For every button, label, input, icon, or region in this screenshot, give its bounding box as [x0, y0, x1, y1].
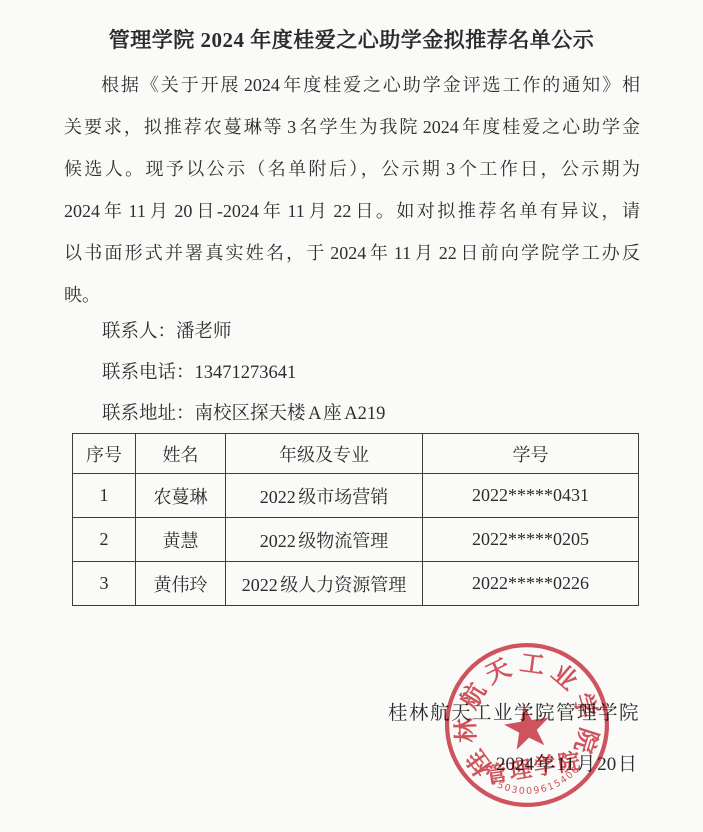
- body-line: 候选人。现予以公示（名单附后），公示期 3 个工作日，公示期为: [64, 148, 640, 190]
- table-row: 3 黄伟玲 2022 级人力资源管理 2022*****0226: [73, 562, 639, 606]
- cell-index: 3: [73, 562, 136, 606]
- contact-person-line: 联系人：潘老师: [64, 312, 640, 353]
- body-line: 根据《关于开展 2024 年度桂爱之心助学金评选工作的通知》相: [64, 64, 640, 106]
- cell-major: 2022 级人力资源管理: [226, 562, 423, 606]
- table-header-row: 序号 姓名 年级及专业 学号: [73, 434, 639, 474]
- header-major: 年级及专业: [226, 434, 423, 474]
- header-name: 姓名: [136, 434, 226, 474]
- header-index: 序号: [73, 434, 136, 474]
- cell-index: 2: [73, 518, 136, 562]
- cell-student-id: 2022*****0226: [423, 562, 639, 606]
- cell-student-id: 2022*****0205: [423, 518, 639, 562]
- header-student-id: 学号: [423, 434, 639, 474]
- contact-info-block: 联系人：潘老师 联系电话：13471273641 联系地址：南校区探天楼 A 座…: [64, 312, 640, 435]
- page-title: 管理学院 2024 年度桂爱之心助学金拟推荐名单公示: [0, 24, 703, 54]
- recommended-students-table: 序号 姓名 年级及专业 学号 1 农蔓琳 2022 级市场营销 2022****…: [72, 433, 639, 606]
- cell-index: 1: [73, 474, 136, 518]
- cell-name: 黄慧: [136, 518, 226, 562]
- cell-major: 2022 级市场营销: [226, 474, 423, 518]
- body-line: 关要求，拟推荐农蔓琳等 3 名学生为我院 2024 年度桂爱之心助学金: [64, 106, 640, 148]
- official-seal: 桂林航天工业学院 管理学院 4503009615406: [430, 628, 625, 823]
- body-line: 映。: [64, 274, 640, 316]
- table-row: 1 农蔓琳 2022 级市场营销 2022*****0431: [73, 474, 639, 518]
- contact-address-line: 联系地址：南校区探天楼 A 座 A219: [64, 394, 640, 435]
- notice-body: 根据《关于开展 2024 年度桂爱之心助学金评选工作的通知》相 关要求，拟推荐农…: [64, 64, 640, 316]
- cell-student-id: 2022*****0431: [423, 474, 639, 518]
- body-line: 2024 年 11 月 20 日-2024 年 11 月 22 日。如对拟推荐名…: [64, 190, 640, 232]
- cell-name: 黄伟玲: [136, 562, 226, 606]
- cell-major: 2022 级物流管理: [226, 518, 423, 562]
- seal-star-icon: [501, 701, 552, 751]
- contact-phone-line: 联系电话：13471273641: [64, 353, 640, 394]
- body-line: 以书面形式并署真实姓名，于 2024 年 11 月 22 日前向学院学工办反: [64, 232, 640, 274]
- scanned-notice-page: 管理学院 2024 年度桂爱之心助学金拟推荐名单公示 根据《关于开展 2024 …: [0, 0, 703, 832]
- seal-graphic: 桂林航天工业学院 管理学院 4503009615406: [430, 628, 625, 823]
- table-row: 2 黄慧 2022 级物流管理 2022*****0205: [73, 518, 639, 562]
- cell-name: 农蔓琳: [136, 474, 226, 518]
